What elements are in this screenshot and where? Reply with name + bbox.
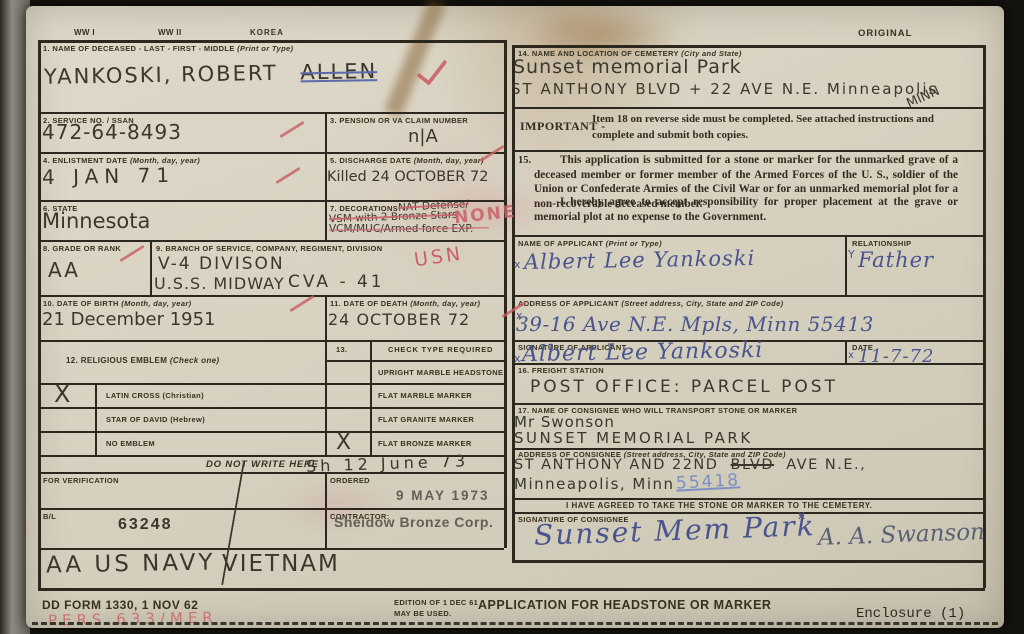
field13-number: 13. [336, 345, 347, 354]
consignee-address-part-a: ST ANTHONY AND 22ND [514, 457, 718, 473]
field9-line2: U.S.S. MIDWAY [154, 274, 285, 293]
bl-label: B/L [43, 512, 56, 521]
footer-enclosure: Enclosure (1) [856, 606, 965, 622]
scanned-photo-background: { "header": { "war1": "WW I", "war2": "W… [0, 0, 1024, 634]
war-label-korea: KOREA [250, 28, 284, 38]
war-label-ww2: WW II [158, 28, 182, 38]
consignee-zip: 55418 [676, 470, 741, 493]
field15-number: 15. [518, 155, 531, 166]
field12-option-no-emblem: NO EMBLEM [106, 439, 155, 448]
field14-line2: ST ANTHONY BLVD + 22 AVE N.E. Minneapoli… [511, 80, 938, 98]
field14-line1: Sunset memorial Park [513, 56, 742, 78]
field13-option-upright: UPRIGHT MARBLE HEADSTONE [378, 368, 503, 377]
field3-label: 3. PENSION OR VA CLAIM NUMBER [330, 116, 468, 125]
field12-label-note: (Check one) [170, 356, 220, 365]
relationship-label: RELATIONSHIP [852, 239, 911, 248]
important-text: Item 18 on reverse side must be complete… [592, 112, 952, 144]
field12-option-star-of-david: STAR OF DAVID (Hebrew) [106, 415, 205, 424]
field13-option-flat-granite: FLAT GRANITE MARKER [378, 415, 474, 424]
field12-label-text: 12. RELIGIOUS EMBLEM [66, 356, 167, 365]
field13-label: CHECK TYPE REQUIRED [388, 345, 493, 354]
field17-line2: SUNSET MEMORIAL PARK [514, 429, 753, 447]
footer-edition-note: EDITION OF 1 DEC 61 MAY BE USED. [394, 597, 478, 620]
field11-label-text: 11. DATE OF DEATH [330, 299, 408, 308]
applicant-name-value: Albert Lee Yankoski [524, 246, 756, 274]
field5-label-text: 5. DISCHARGE DATE [330, 156, 411, 165]
field2-value: 472-64-8493 [42, 120, 182, 144]
do-not-write-label: DO NOT WRITE HERE [206, 459, 319, 471]
field11-value: 24 OCTOBER 72 [328, 310, 470, 329]
red-slash [275, 167, 300, 184]
red-checkmark [416, 52, 447, 85]
field13-option-flat-bronze: FLAT BRONZE MARKER [378, 439, 472, 448]
consignee-address-part-b: AVE N.E., [786, 457, 866, 473]
field12-label: 12. RELIGIOUS EMBLEM (Check one) [66, 356, 219, 366]
applicant-address-label: ADDRESS OF APPLICANT (Street address, Ci… [518, 299, 783, 308]
field5-value: Killed 24 OCTOBER 72 [327, 169, 488, 185]
red-slash [289, 295, 314, 312]
field8-label: 8. GRADE OR RANK [43, 244, 133, 253]
field10-label: 10. DATE OF BIRTH (Month, day, year) [43, 299, 191, 308]
field9-usn-overlay: USN [413, 243, 465, 272]
field12-checkmark: X [54, 380, 70, 408]
date-value: 11-7-72 [858, 346, 934, 367]
field3-value: n|A [408, 126, 438, 147]
consignee-address-line1: ST ANTHONY AND 22ND BLVD AVE N.E., [514, 457, 866, 473]
x-mark: x [514, 352, 521, 365]
field1-label-text: 1. NAME OF DECEASED - LAST - FIRST - MID… [43, 44, 235, 53]
field9-line1: V-4 DIVISON [158, 254, 285, 274]
form-card: WW I WW II KOREA ORIGINAL 1. NAM [26, 6, 1004, 628]
verification-label: FOR VERIFICATION [43, 476, 119, 485]
agree-statement: I HAVE AGREED TO TAKE THE STONE OR MARKE… [566, 501, 872, 511]
x-mark: x [514, 258, 521, 271]
field1-label: 1. NAME OF DECEASED - LAST - FIRST - MID… [43, 44, 293, 53]
field16-value: POST OFFICE: PARCEL POST [530, 377, 838, 397]
contractor-stamp: Sheidow Bronze Corp. [334, 514, 493, 530]
bottom-note-part1: AA US NAVY [46, 550, 216, 579]
bottom-note-part2: VIETNAM [222, 551, 340, 577]
field15-para2: I hereby agree to accept responsibility … [534, 195, 958, 224]
consignee-signature-value2: A. A. Swanson [818, 519, 986, 551]
field10-value: 21 December 1951 [42, 309, 216, 330]
footer-title: APPLICATION FOR HEADSTONE OR MARKER [478, 598, 771, 614]
footer-red-note: PERS 633/MER [48, 609, 218, 630]
field9-label: 9. BRANCH OF SERVICE, COMPANY, REGIMENT,… [156, 244, 382, 253]
x-mark: x [848, 350, 854, 361]
field13-checkmark: X [336, 430, 351, 455]
field9-line2b: CVA - 41 [288, 272, 385, 292]
consignee-address-line2: Minneapolis, Minn [514, 475, 675, 493]
ordered-label: ORDERED [330, 476, 370, 485]
applicant-address-value: 39-16 Ave N.E. Mpls, Minn 55413 [516, 312, 874, 336]
field8-value: AA [48, 258, 80, 282]
original-label: ORIGINAL [858, 28, 912, 40]
field16-label: 16. FREIGHT STATION [518, 366, 604, 375]
y-mark: Y [848, 248, 855, 261]
relationship-value: Father [858, 248, 934, 272]
deceased-name: YANKOSKI, ROBERT [44, 61, 278, 89]
field12-option-latin-cross: LATIN CROSS (Christian) [106, 391, 204, 400]
field4-value: 4 JAN 71 [42, 163, 175, 189]
field13-option-flat-marble: FLAT MARBLE MARKER [378, 391, 472, 400]
applicant-signature-value: Albert Lee Yankoski [522, 338, 764, 367]
perforation-line [32, 622, 998, 625]
field10-label-note: (Month, day, year) [121, 299, 191, 308]
war-label-ww1: WW I [74, 28, 95, 38]
deceased-middle-name-struck: ALLEN [300, 59, 377, 84]
field11-label: 11. DATE OF DEATH (Month, day, year) [330, 299, 480, 308]
red-slash [279, 121, 304, 138]
field1-label-note: (Print or Type) [237, 44, 293, 53]
applicant-address-label-note: (Street address, City, State and ZIP Cod… [621, 299, 783, 308]
field11-label-note: (Month, day, year) [410, 299, 480, 308]
x-mark: x [798, 508, 805, 522]
field1-value: YANKOSKI, ROBERT ALLEN [44, 59, 378, 89]
field5-label: 5. DISCHARGE DATE (Month, day, year) [330, 156, 484, 165]
field6-value: Minnesota [42, 209, 150, 233]
applicant-address-label-text: ADDRESS OF APPLICANT [518, 299, 619, 308]
field5-label-note: (Month, day, year) [414, 156, 484, 165]
applicant-name-label-text: NAME OF APPLICANT [518, 239, 603, 248]
field10-label-text: 10. DATE OF BIRTH [43, 299, 119, 308]
ordered-date-stamp: 9 MAY 1973 [396, 488, 490, 503]
applicant-name-label-note: (Print or Type) [606, 239, 662, 248]
bl-value: 63248 [118, 516, 173, 534]
